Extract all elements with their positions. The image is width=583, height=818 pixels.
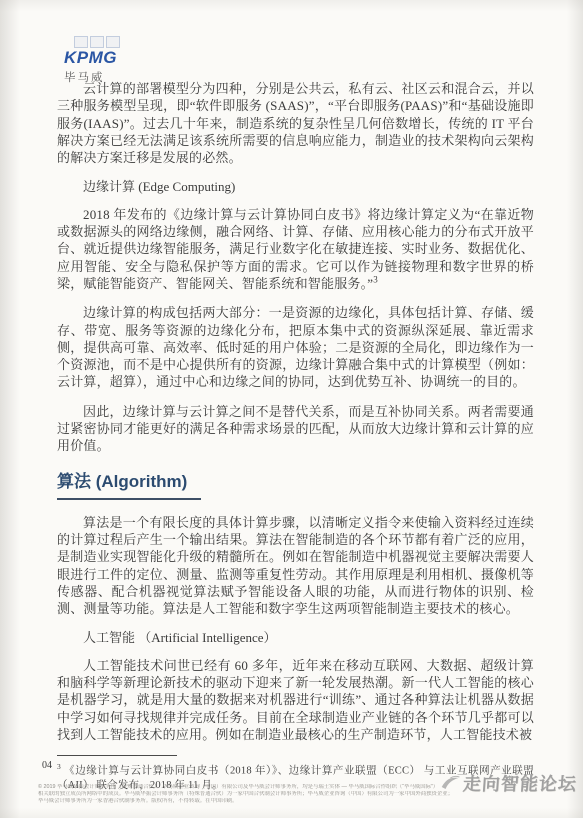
forum-watermark: 走向智能论坛 — [439, 770, 578, 796]
copyright-line-3: 毕马威会计师事务所为一家香港合伙制事务所。版权所有，不得转载。在中国印刷。 — [38, 798, 512, 805]
document-page: KPMG 毕马威 云计算的部署模型分为四种，分别是公共云，私有云、社区云和混合云… — [0, 0, 583, 818]
page-number: 04 — [42, 760, 52, 771]
subheading-edge-computing: 边缘计算 (Edge Computing) — [57, 178, 534, 195]
kpmg-wordmark: KPMG — [64, 49, 120, 67]
forum-logo-icon — [439, 775, 460, 791]
paragraph-edge-definition-text: 2018 年发布的《边缘计算与云计算协同白皮书》将边缘计算定义为“在靠近物或数据… — [57, 207, 534, 291]
subheading-artificial-intelligence: 人工智能 （Artificial Intelligence） — [57, 629, 534, 646]
logo-squares-decoration — [74, 36, 120, 48]
section-heading-algorithm-label: 算法 (Algorithm) — [57, 467, 201, 500]
kpmg-logo: KPMG 毕马威 — [64, 36, 120, 85]
footnote-3-marker: 3 — [57, 762, 61, 771]
section-heading-algorithm: 算法 (Algorithm) — [57, 467, 534, 500]
paragraph-edge-composition: 边缘计算的构成包括两大部分：一是资源的边缘化，具体包括计算、存储、缓存、带宽、服… — [57, 304, 534, 390]
paragraph-algorithm: 算法是一个有限长度的具体计算步骤，以清晰定义指令来使输入资料经过连续的计算过程后… — [57, 514, 534, 618]
paragraph-edge-definition: 2018 年发布的《边缘计算与云计算协同白皮书》将边缘计算定义为“在靠近物或数据… — [57, 206, 534, 292]
forum-watermark-text: 走向智能论坛 — [462, 770, 578, 796]
paragraph-cloud-deployment: 云计算的部署模型分为四种，分别是公共云，私有云、社区云和混合云，并以三种服务模型… — [57, 80, 534, 166]
footnote-reference-3: 3 — [373, 275, 378, 285]
footnote-divider — [57, 755, 177, 756]
document-body: 云计算的部署模型分为四种，分别是公共云，私有云、社区云和混合云，并以三种服务模型… — [57, 80, 534, 794]
paragraph-edge-cloud-relation: 因此，边缘计算与云计算之间不是替代关系，而是互补协同关系。两者需要通过紧密协同才… — [57, 403, 534, 455]
paragraph-ai: 人工智能技术问世已经有 60 多年，近年来在移动互联网、大数据、超级计算和脑科学… — [57, 657, 534, 743]
